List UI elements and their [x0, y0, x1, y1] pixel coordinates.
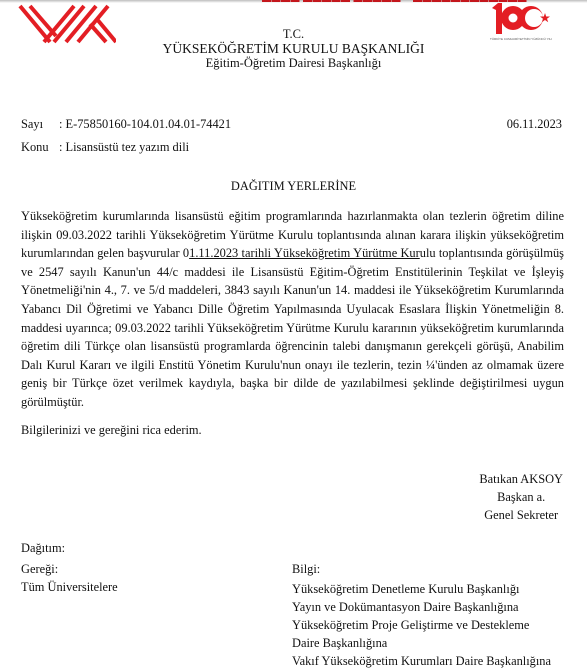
closing-sentence: Bilgilerinizi ve gereğini rica ederim. [21, 423, 202, 438]
signatory-title-1: Başkan a. [479, 488, 563, 506]
sayi-row: Sayı: E-75850160-104.01.04.01-74421 [21, 117, 231, 132]
header-tc: T.C. [0, 27, 587, 42]
signatory-name: Batıkan AKSOY [479, 470, 563, 488]
bilgi-item: Vakıf Yükseköğretim Kurumları Daire Başk… [292, 652, 551, 668]
body-paragraph: Yükseköğretim kurumlarında lisansüstü eğ… [21, 207, 564, 412]
header-department: Eğitim-Öğretim Dairesi Başkanlığı [0, 56, 587, 71]
header-institution: YÜKSEKÖĞRETİM KURULU BAŞKANLIĞI [0, 41, 587, 56]
distribution-label: Dağıtım: [21, 541, 65, 556]
document-date: 06.11.2023 [507, 117, 562, 132]
geregi-label: Gereği: [21, 562, 58, 577]
bilgi-item: Daire Başkanlığına [292, 634, 551, 652]
sayi-label: Sayı [21, 117, 59, 132]
signatory-title-2: Genel Sekreter [479, 506, 563, 524]
bilgi-item: Yayın ve Dokümantasyon Daire Başkanlığın… [292, 598, 551, 616]
bilgi-item: Yükseköğretim Proje Geliştirme ve Destek… [292, 616, 551, 634]
sayi-value: : E-75850160-104.01.04.01-74421 [59, 117, 231, 131]
bilgi-list: Yükseköğretim Denetleme Kurulu Başkanlığ… [292, 580, 551, 668]
body-underlined-text: 1.11.2023 tarihli Yükseköğretim Yürütme … [189, 246, 420, 260]
geregi-item: Tüm Üniversitelere [21, 580, 118, 595]
signature-block: Batıkan AKSOY Başkan a. Genel Sekreter [479, 470, 563, 524]
konu-value: : Lisansüstü tez yazım dili [59, 140, 189, 154]
distribution-title: DAĞITIM YERLERİNE [0, 179, 587, 194]
body-text-part2: ulu toplantısında görüşülmüş ve 2547 say… [21, 246, 564, 409]
bilgi-label: Bilgi: [292, 562, 320, 577]
bilgi-item: Yükseköğretim Denetleme Kurulu Başkanlığ… [292, 580, 551, 598]
konu-row: Konu: Lisansüstü tez yazım dili [21, 140, 189, 155]
konu-label: Konu [21, 140, 59, 155]
